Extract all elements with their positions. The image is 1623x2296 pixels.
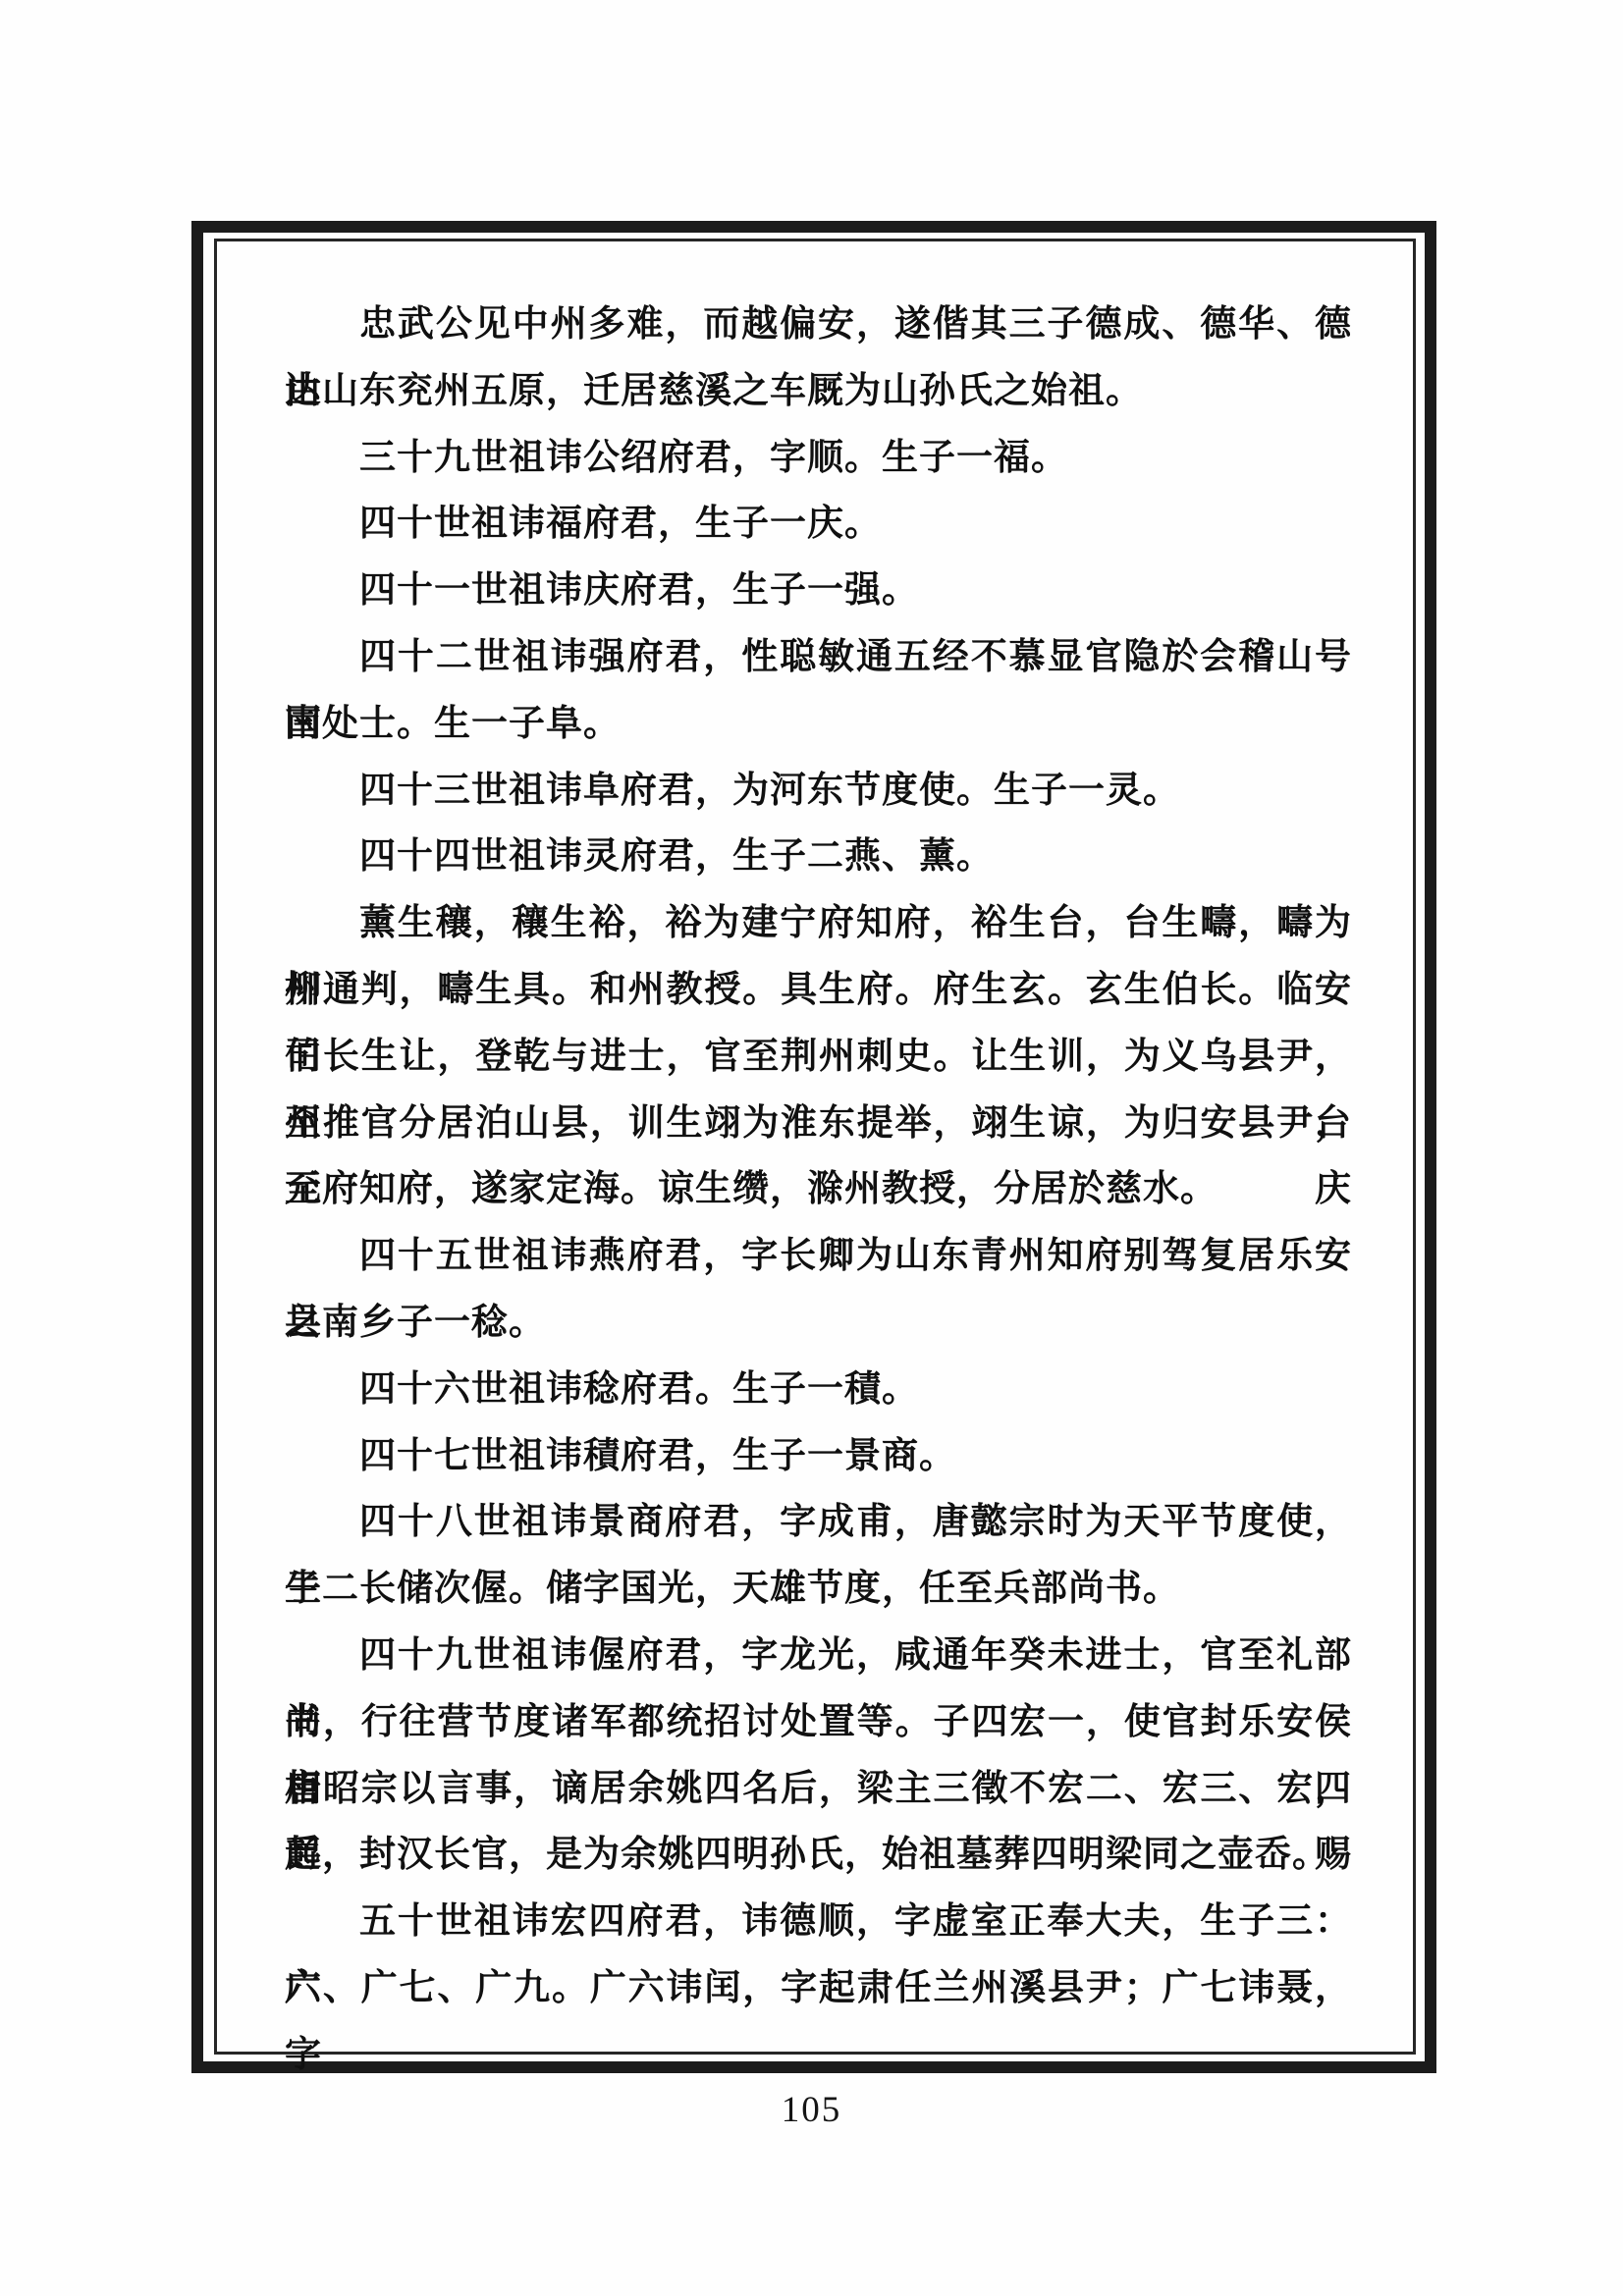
text-line: 六、广七、广九。广六讳闰，字起肃任兰州溪县尹；广七讳聂，字 — [285, 1954, 1352, 2021]
page-number: 105 — [0, 2089, 1623, 2131]
text-line: 四十四世祖讳灵府君，生子二燕、薰。 — [285, 823, 1352, 889]
text-line: 州通判，疇生具。和州教授。具生府。府生玄。玄生伯长。临安司， — [285, 956, 1352, 1023]
text-line: 书，行往营节度诸军都统招讨处置等。子四宏一，使官封乐安侯相， — [285, 1688, 1352, 1755]
text-line: 四十五世祖讳燕府君，字长卿为山东青州知府别驾复居乐安县 — [285, 1222, 1352, 1289]
text-line: 四十一世祖讳庆府君，生子一强。 — [285, 557, 1352, 623]
text-line: 爵，封汉长官，是为余姚四明孙氏，始祖墓葬四明梁同之壶岙。 — [285, 1821, 1352, 1888]
text-line: 元府知府，遂家定海。谅生缵，滁州教授，分居於慈水。 — [285, 1155, 1352, 1222]
text-line: 之南乡子一稔。 — [285, 1289, 1352, 1356]
text-line: 四十世祖讳福府君，生子一庆。 — [285, 490, 1352, 557]
text-line: 四十七世祖讳積府君，生子一景商。 — [285, 1422, 1352, 1489]
text-line: 伯长生让，登乾与进士，官至荆州刺史。让生训，为义乌县尹，至台 — [285, 1023, 1352, 1090]
text-line: 四十二世祖讳强府君，性聪敏通五经不慕显官隐於会稽山号南 — [285, 623, 1352, 690]
text-line: 国处士。生一子阜。 — [285, 690, 1352, 757]
text-line: 五十世祖讳宏四府君，讳德顺，字虚室正奉大夫，生子三：广 — [285, 1888, 1352, 1954]
text-line: 子二长储次偓。储字国光，天雄节度，任至兵部尚书。 — [285, 1555, 1352, 1622]
text-line: 唐昭宗以言事，谪居余姚四名后，梁主三徵不宏二、宏三、宏四起赐 — [285, 1755, 1352, 1822]
text-line: 四十三世祖讳阜府君，为河东节度使。生子一灵。 — [285, 757, 1352, 824]
text-line: 忠武公见中州多难，而越偏安，遂偕其三子德成、德华、德达 — [285, 291, 1352, 357]
document-page: 忠武公见中州多难，而越偏安，遂偕其三子德成、德华、德达 由山东兖州五原，迁居慈溪… — [0, 0, 1623, 2296]
text-line: 薰生穰，穰生裕，裕为建宁府知府，裕生台，台生疇，疇为柳 — [285, 889, 1352, 956]
text-line: 四十九世祖讳偓府君，字龙光，咸通年癸未进士，官至礼部尚 — [285, 1622, 1352, 1688]
genealogy-text-block: 忠武公见中州多难，而越偏安，遂偕其三子德成、德华、德达 由山东兖州五原，迁居慈溪… — [285, 291, 1352, 2021]
text-line: 州推官分居泊山县，训生翊为淮东提举，翊生谅，为归安县尹，至庆 — [285, 1090, 1352, 1156]
text-line: 四十六世祖讳稔府君。生子一積。 — [285, 1356, 1352, 1422]
text-line: 四十八世祖讳景商府君，字成甫，唐懿宗时为天平节度使，生 — [285, 1488, 1352, 1555]
text-line: 三十九世祖讳公绍府君，字顺。生子一福。 — [285, 424, 1352, 491]
text-line: 由山东兖州五原，迁居慈溪之车厩为山孙氏之始祖。 — [285, 357, 1352, 424]
